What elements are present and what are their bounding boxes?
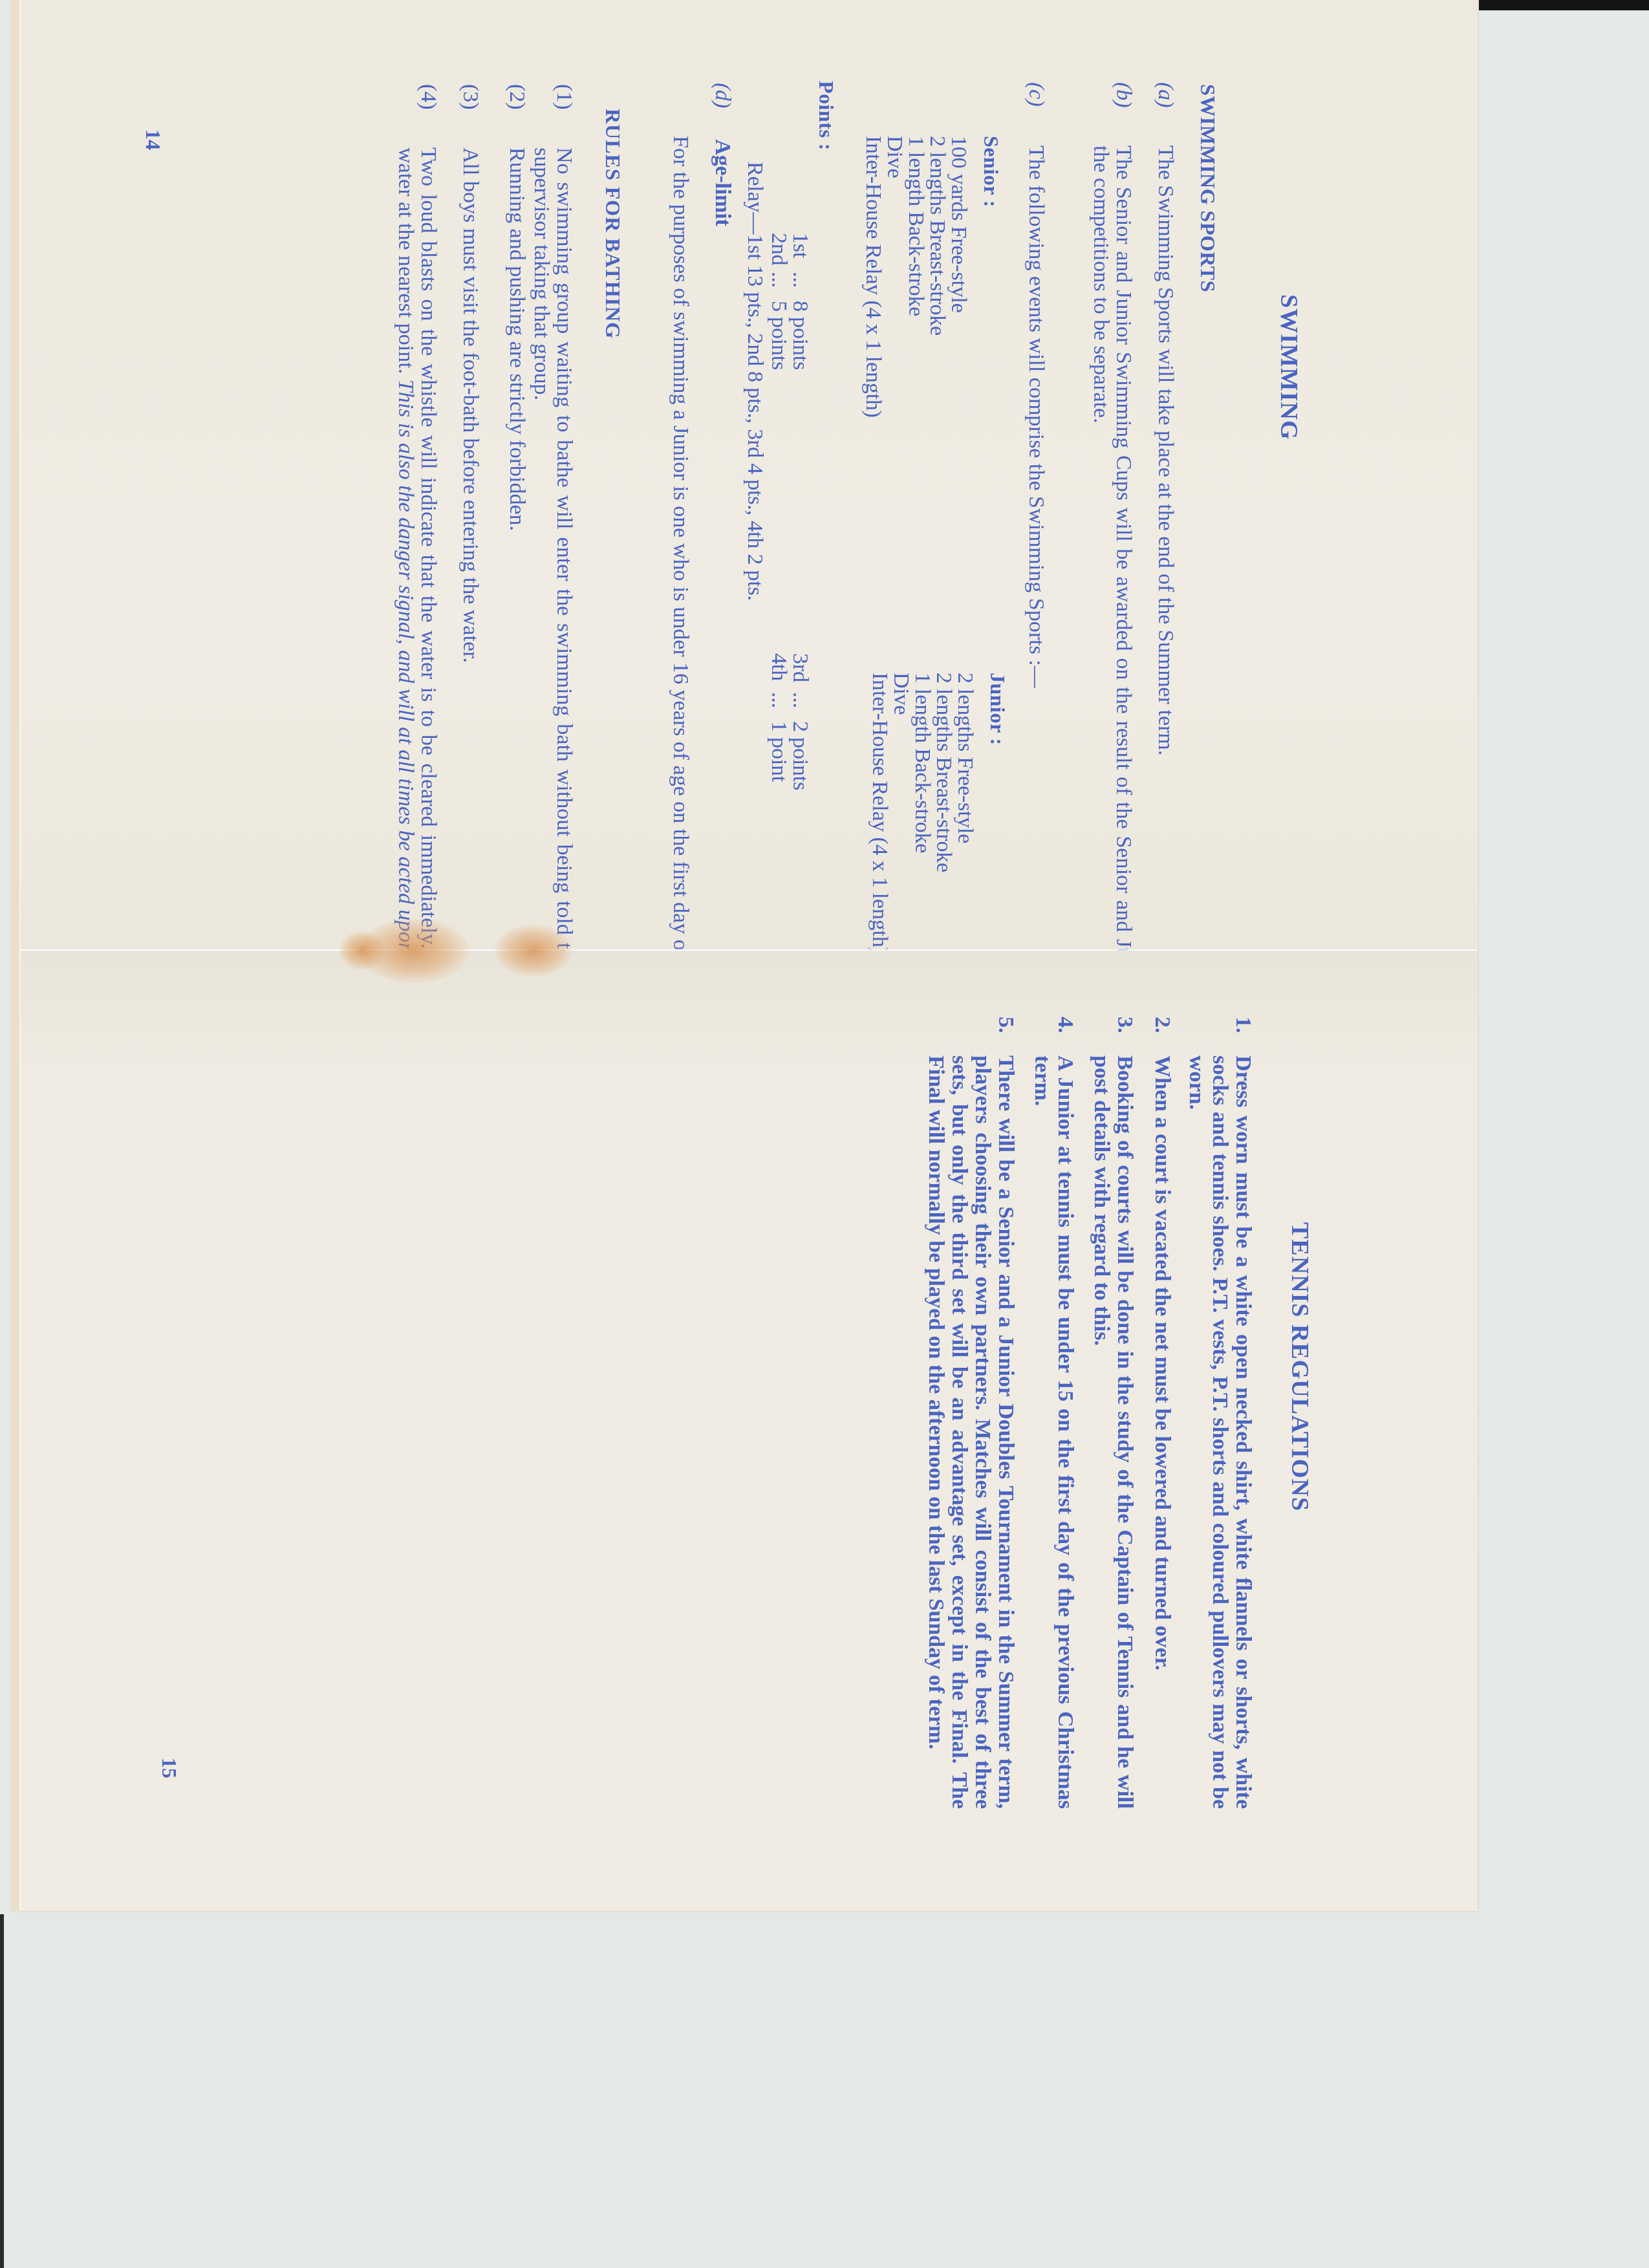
page-14-swimming: SWIMMING SWIMMING SPORTS (a) The Swimmin…	[19, 0, 1478, 951]
tennis-rule-2: 2. When a court is vacated the net must …	[1150, 1055, 1174, 1809]
points-value: 2 points	[788, 721, 812, 790]
booklet-fold	[19, 948, 1478, 952]
points-place: 4th	[768, 653, 790, 692]
rule-label: 5.	[994, 1017, 1017, 1033]
item-text: The Swimming Sports will take place at t…	[1154, 146, 1178, 755]
points-row: 1st...8 points	[789, 233, 812, 370]
scanner-edge-top	[1452, 0, 1649, 10]
event-item: Dive	[890, 673, 912, 715]
age-limit-label: (d) Age-limit	[711, 83, 734, 226]
event-item: Dive	[883, 136, 906, 178]
event-item: 2 lengths Breast-stroke	[932, 673, 955, 872]
rule-text: When a court is vacated the net must be …	[1150, 1055, 1174, 1670]
rule-label: (2)	[506, 84, 528, 110]
rule-label: 3.	[1113, 1017, 1136, 1033]
item-text: The following events will comprise the S…	[1024, 146, 1048, 688]
event-item: 2 lengths Free-style	[954, 673, 976, 843]
points-place: 1st	[789, 233, 812, 272]
points-row: 2nd...5 points	[768, 233, 790, 370]
points-separator: ...	[789, 692, 812, 721]
points-separator: ...	[768, 272, 790, 301]
points-place: 3rd	[789, 653, 812, 692]
age-limit-heading: Age-limit	[711, 139, 735, 226]
rule-label: 4.	[1053, 1017, 1077, 1033]
page-15-tennis: TENNIS REGULATIONS 1. Dress worn must be…	[19, 951, 1478, 1911]
scanner-edge-left	[0, 1914, 4, 2268]
rule-text: Booking of courts will be done in the st…	[1090, 1055, 1137, 1809]
points-heading: Points :	[815, 81, 837, 151]
tennis-rule-1: 1. Dress worn must be a white open necke…	[1185, 1055, 1255, 1809]
section-heading-swimming-sports: SWIMMING SPORTS	[1196, 84, 1219, 292]
rule-label: (3)	[459, 84, 482, 110]
tennis-rule-5: 5. There will be a Senior and a Junior D…	[924, 1055, 1017, 1809]
event-item: Inter-House Relay (4 x 1 length)	[868, 673, 891, 955]
junior-heading: Junior :	[986, 673, 1009, 746]
points-value: 5 points	[767, 301, 791, 370]
points-place: 2nd	[768, 233, 790, 272]
rule-text: A Junior at tennis must be under 15 on t…	[1030, 1055, 1077, 1809]
points-value: 1 point	[767, 721, 791, 782]
tennis-rule-3: 3. Booking of courts will be done in the…	[1090, 1055, 1136, 1809]
event-item: 1 length Back-stroke	[905, 136, 927, 316]
event-item: Inter-House Relay (4 x 1 length)	[862, 136, 885, 418]
senior-heading: Senior :	[980, 136, 1002, 208]
event-item: 100 yards Free-style	[947, 136, 970, 313]
page-number-14: 14	[141, 129, 165, 150]
rule-label: (1)	[553, 84, 576, 110]
rule-text: There will be a Senior and a Junior Doub…	[924, 1055, 1018, 1809]
points-value: 8 points	[788, 301, 812, 370]
rule-text: Running and pushing are strictly forbidd…	[505, 147, 529, 531]
points-separator: ...	[789, 272, 812, 301]
points-row: 4th...1 point	[768, 653, 790, 782]
rule-label: 2.	[1150, 1017, 1174, 1033]
rule-label: 1.	[1231, 1017, 1255, 1033]
relay-points: Relay—1st 13 pts., 2nd 8 pts., 3rd 4 pts…	[744, 162, 766, 601]
item-label: (b)	[1112, 82, 1135, 108]
page-title-tennis-regulations: TENNIS REGULATIONS	[1288, 1222, 1311, 1511]
tennis-rule-4: 4. A Junior at tennis must be under 15 o…	[1030, 1055, 1077, 1809]
rust-stain	[495, 925, 572, 977]
points-row: 3rd...2 points	[789, 653, 812, 790]
section-heading-rules-for-bathing: RULES FOR BATHING	[601, 109, 624, 339]
event-item: 2 lengths Breast-stroke	[926, 136, 949, 336]
page-title-swimming: SWIMMING	[1277, 294, 1300, 440]
event-item: 1 length Back-stroke	[911, 673, 934, 853]
rule-text: Dress worn must be a white open necked s…	[1185, 1055, 1255, 1809]
item-label: (a)	[1154, 82, 1177, 108]
rust-stain	[339, 931, 385, 970]
item-label: (d)	[711, 83, 735, 108]
page-number-15: 15	[157, 1758, 181, 1778]
points-separator: ...	[768, 692, 790, 721]
open-booklet: SWIMMING SWIMMING SPORTS (a) The Swimmin…	[19, 0, 1478, 1911]
item-label: (c)	[1025, 82, 1048, 107]
rule-text: All boys must visit the foot-bath before…	[458, 147, 482, 663]
rule-label: (4)	[417, 84, 440, 110]
